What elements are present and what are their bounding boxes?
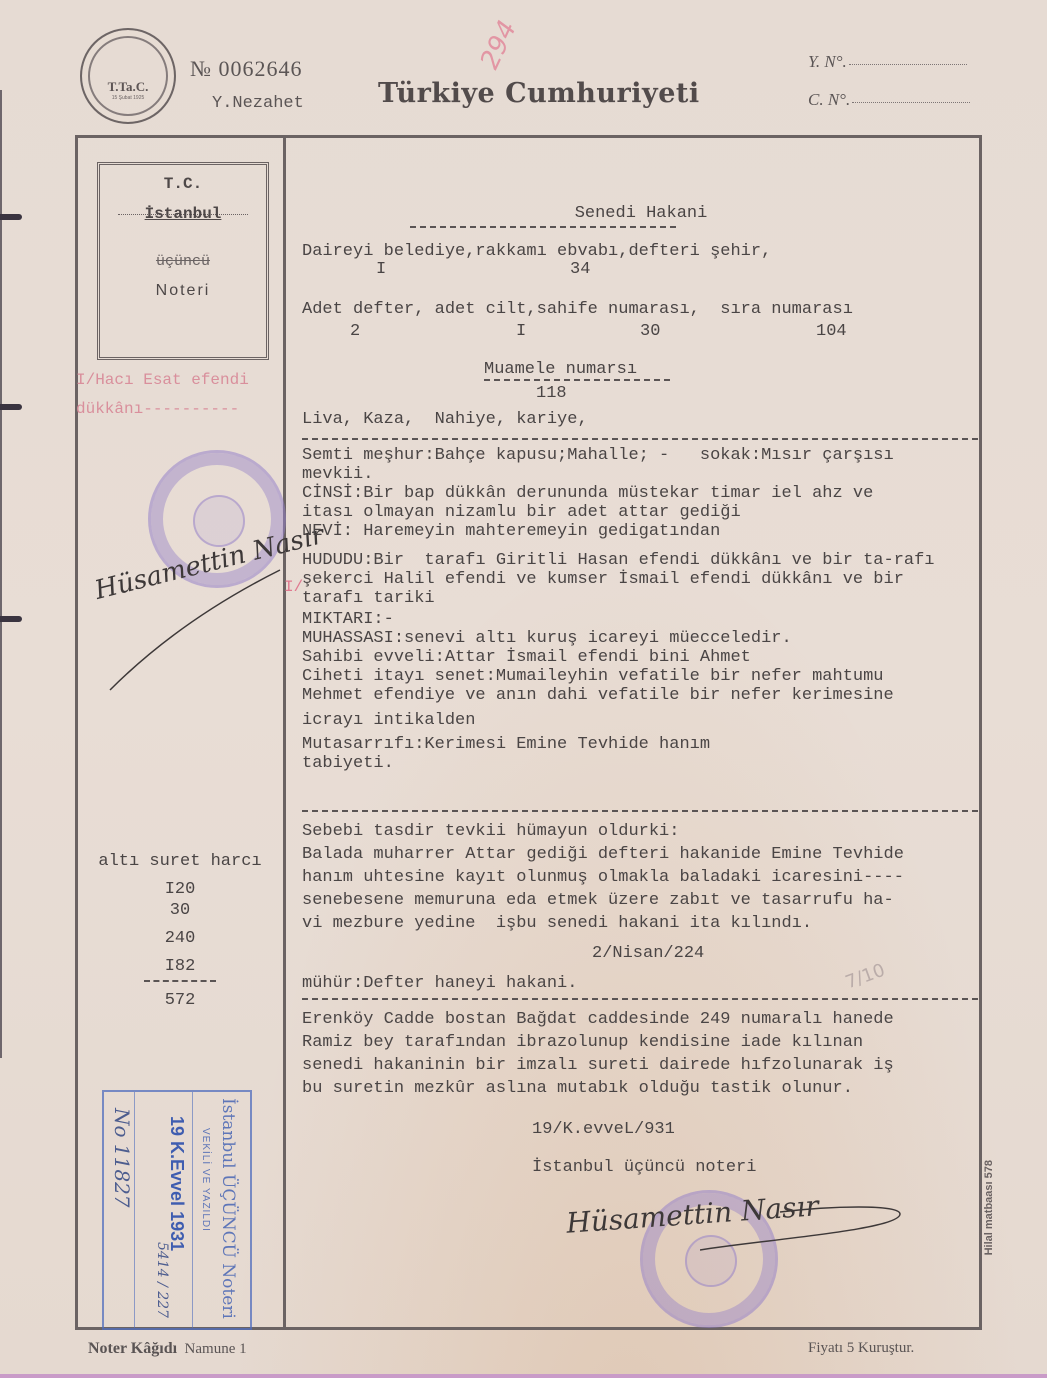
reason-line: Balada muharrer Attar gediği defteri hak… — [302, 845, 904, 864]
section-rule — [302, 438, 978, 440]
signature-flourish-icon — [100, 560, 290, 700]
registry-value: I — [376, 260, 386, 279]
stamp-subtitle: VEKİLİ VE YAZILDI — [200, 1128, 211, 1232]
fee-heading: altı suret harcı — [80, 852, 280, 871]
notary-sign-off: İstanbul üçüncü noteri — [532, 1158, 756, 1177]
property-field-line: icrayı intikalden — [302, 711, 475, 730]
fee-sum-rule — [144, 980, 216, 982]
side-note-line: dükkânı---------- — [76, 400, 239, 418]
fee-column: altı suret harcı I20 30 240 I82 572 — [80, 852, 280, 1010]
registry-value: 34 — [570, 260, 590, 279]
reason-line: senebesene memuruna eda etmek üzere zabı… — [302, 891, 894, 910]
property-field-line: Ciheti itayı senet:Mumaileyhin vefatile … — [302, 667, 884, 686]
typist-name: Y.Nezahet — [212, 94, 304, 113]
emblem-text: T.Ta.C. — [108, 79, 149, 95]
fee-total: 572 — [80, 991, 280, 1010]
stamp-divider — [134, 1092, 135, 1328]
stamp-office: İstanbul ÜÇÜNCÜ Noteri — [218, 1098, 238, 1319]
property-field-line: şekerci Halil efendi ve kumser İsmail ef… — [302, 570, 904, 589]
registry-stamp: No 11827 5414 / 227 19 K.Evvel 1931 İsta… — [102, 1090, 252, 1330]
fee-value: 30 — [80, 901, 280, 920]
handwritten-registry-extra: 5414 / 227 — [154, 1242, 170, 1318]
binder-mark — [0, 214, 22, 220]
scan-edge — [0, 1374, 1047, 1378]
notary-country: T.C. — [100, 175, 266, 193]
footer-paper-label: Noter Kâğıdı — [88, 1340, 177, 1357]
y-number-field: Y. N°. — [808, 52, 967, 72]
c-number-field: C. N°. — [808, 90, 970, 110]
certification-date: 19/K.evveL/931 — [532, 1120, 675, 1139]
side-note-line: I/Hacı Esat efendi — [76, 371, 249, 389]
notary-box: T.C. İstanbul üçüncü Noteri — [97, 162, 269, 360]
fee-value: I82 — [80, 957, 280, 976]
property-field-line: itası olmayan nizamlu bir adet attar ged… — [302, 503, 741, 522]
heading-rule — [410, 226, 676, 228]
section-rule — [302, 998, 978, 1000]
column-divider — [283, 135, 286, 1330]
emblem-subtext: 15 Şubat 1925 — [112, 95, 145, 101]
property-field-line: MIKTARI:- — [302, 610, 394, 629]
fee-value: 240 — [80, 929, 280, 948]
property-field-line: mevkii. — [302, 465, 373, 484]
property-field-line: Semti meşhur:Bahçe kapusu;Mahalle; - sok… — [302, 446, 894, 465]
notary-number: üçüncü — [100, 253, 266, 270]
registry-row1-labels: Daireyi belediye,rakkamı ebvabı,defteri … — [302, 242, 771, 261]
transaction-label: Muamele numarsı — [484, 360, 637, 379]
handwritten-registry-number: No 11827 — [110, 1108, 134, 1208]
deed-heading: Senedi Hakani — [302, 204, 980, 223]
certification-line: senedi hakaninin bir imzalı sureti daire… — [302, 1056, 894, 1075]
registry-value: 104 — [816, 322, 847, 341]
registry-row2-labels: Adet defter, adet cilt,sahife numarası, … — [302, 300, 853, 319]
registry-value: 30 — [640, 322, 660, 341]
emblem-seal-icon: T.Ta.C. 15 Şubat 1925 — [80, 28, 176, 124]
seal-line: mühür:Defter haneyi hakani. — [302, 974, 577, 993]
binder-edge — [0, 90, 2, 1058]
y-number-label: Y. N°. — [808, 52, 847, 71]
section-rule — [302, 810, 978, 812]
property-field-line: tabiyeti. — [302, 754, 394, 773]
property-field-line: Mutasarrıfı:Kerimesi Emine Tevhide hanım — [302, 735, 710, 754]
certification-line: bu suretin mezkûr aslına mutabık olduğu … — [302, 1079, 853, 1098]
property-field-line: Sahibi evveli:Attar İsmail efendi bini A… — [302, 648, 751, 667]
original-date: 2/Nisan/224 — [592, 944, 704, 963]
registry-value: I — [516, 322, 526, 341]
reason-line: hanım uhtesine kayıt olunmuş olmakla bal… — [302, 868, 904, 887]
property-field-line: NEVİ: Haremeyin mahteremeyin gedigatında… — [302, 522, 720, 541]
notary-label: Noteri — [100, 282, 266, 300]
property-field-line: HUDUDU:Bir tarafı Giritli Hasan efendi d… — [302, 551, 935, 570]
footer-left: Noter Kâğıdı Namune 1 — [88, 1340, 247, 1358]
reason-line: vi mezbure yedine işbu senedi hakani ita… — [302, 914, 812, 933]
c-number-label: C. N°. — [808, 90, 850, 109]
reason-line: Sebebi tasdir tevkii hümayun oldurki: — [302, 822, 679, 841]
signature-flourish-icon — [700, 1200, 910, 1260]
document-title: Türkiye Cumhuriyeti — [378, 78, 700, 109]
red-margin-mark: I/ — [284, 578, 303, 596]
property-field-line: Mehmet efendiye ve anın dahi vefatile bi… — [302, 686, 894, 705]
serial-number: № 0062646 — [190, 56, 303, 82]
property-field-line: CİNSİ:Bir bap dükkân derununda müstekar … — [302, 484, 873, 503]
certification-line: Erenköy Cadde bostan Bağdat caddesinde 2… — [302, 1010, 894, 1029]
transaction-number: 118 — [536, 384, 567, 403]
certification-line: Ramiz bey tarafından ibrazolunup kendisi… — [302, 1033, 863, 1052]
fee-value: I20 — [80, 880, 280, 899]
footer-price: Fiyatı 5 Kuruştur. — [808, 1340, 914, 1357]
binder-mark — [0, 404, 22, 410]
binder-mark — [0, 616, 22, 622]
stamp-date: 19 K.Evvel 1931 — [166, 1116, 187, 1251]
y-number-blank — [849, 64, 967, 65]
stamp-divider — [192, 1092, 193, 1328]
transaction-rule — [484, 379, 670, 381]
printer-mark: Hilal matbaası 578 — [983, 1160, 995, 1255]
property-field-line: tarafı tariki — [302, 589, 435, 608]
footer-sample-label: Namune 1 — [185, 1341, 247, 1357]
registry-value: 2 — [350, 322, 360, 341]
location-labels: Liva, Kaza, Nahiye, kariye, — [302, 410, 588, 429]
c-number-blank — [852, 102, 970, 103]
property-field-line: MUHASSASI:senevi altı kuruş icareyi müec… — [302, 629, 792, 648]
